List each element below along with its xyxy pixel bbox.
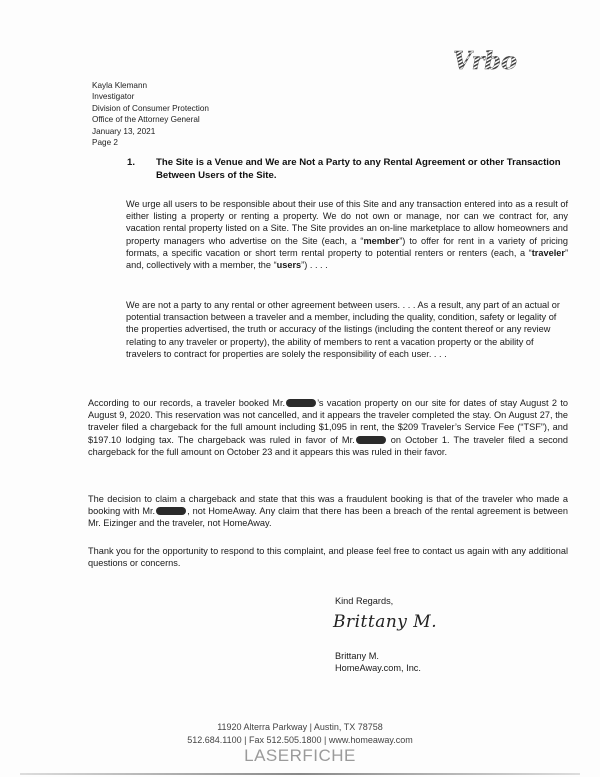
handwritten-signature: Brittany M. — [333, 612, 437, 632]
section-heading-text: The Site is a Venue and We are Not a Par… — [156, 156, 566, 182]
redacted-name — [156, 507, 186, 515]
paragraph-text: According to our records, a traveler boo… — [88, 398, 285, 408]
defined-term-member: member — [363, 236, 399, 246]
section-number: 1. — [127, 156, 135, 169]
defined-term-traveler: traveler — [532, 248, 565, 258]
vrbo-logo-icon: Vrbo — [440, 47, 530, 75]
laserfiche-stamp: LASERFICHE — [0, 746, 600, 766]
redacted-name — [286, 399, 316, 407]
footer-contact: 512.684.1100 | Fax 512.505.1800 | www.ho… — [0, 734, 600, 747]
recipient-name: Kayla Klemann — [92, 80, 209, 91]
letter-page: Vrbo Kayla Klemann Investigator Division… — [0, 0, 600, 777]
recipient-division: Division of Consumer Protection — [92, 103, 209, 114]
recipient-title: Investigator — [92, 91, 209, 102]
redacted-name — [356, 436, 386, 444]
terms-quote-1: We urge all users to be responsible abou… — [126, 198, 568, 271]
signer-block: Brittany M. HomeAway.com, Inc. — [335, 650, 421, 675]
letterhead-footer: 11920 Alterra Parkway | Austin, TX 78758… — [0, 721, 600, 746]
signer-name: Brittany M. — [335, 650, 421, 662]
closing-salutation: Kind Regards, — [335, 595, 393, 607]
terms-quote-2: We are not a party to any rental or othe… — [126, 299, 568, 360]
paragraph-thanks: Thank you for the opportunity to respond… — [88, 545, 568, 569]
paragraph-records: According to our records, a traveler boo… — [88, 397, 568, 458]
recipient-address-block: Kayla Klemann Investigator Division of C… — [92, 80, 209, 148]
svg-text:Vrbo: Vrbo — [453, 47, 517, 75]
quote-text: ”) . . . . — [301, 260, 328, 270]
paragraph-decision: The decision to claim a chargeback and s… — [88, 493, 568, 530]
signer-company: HomeAway.com, Inc. — [335, 662, 421, 674]
footer-address: 11920 Alterra Parkway | Austin, TX 78758 — [0, 721, 600, 734]
defined-term-users: users — [277, 260, 302, 270]
letter-date: January 13, 2021 — [92, 126, 209, 137]
scan-edge-line — [20, 773, 580, 775]
recipient-office: Office of the Attorney General — [92, 114, 209, 125]
page-number: Page 2 — [92, 137, 209, 148]
